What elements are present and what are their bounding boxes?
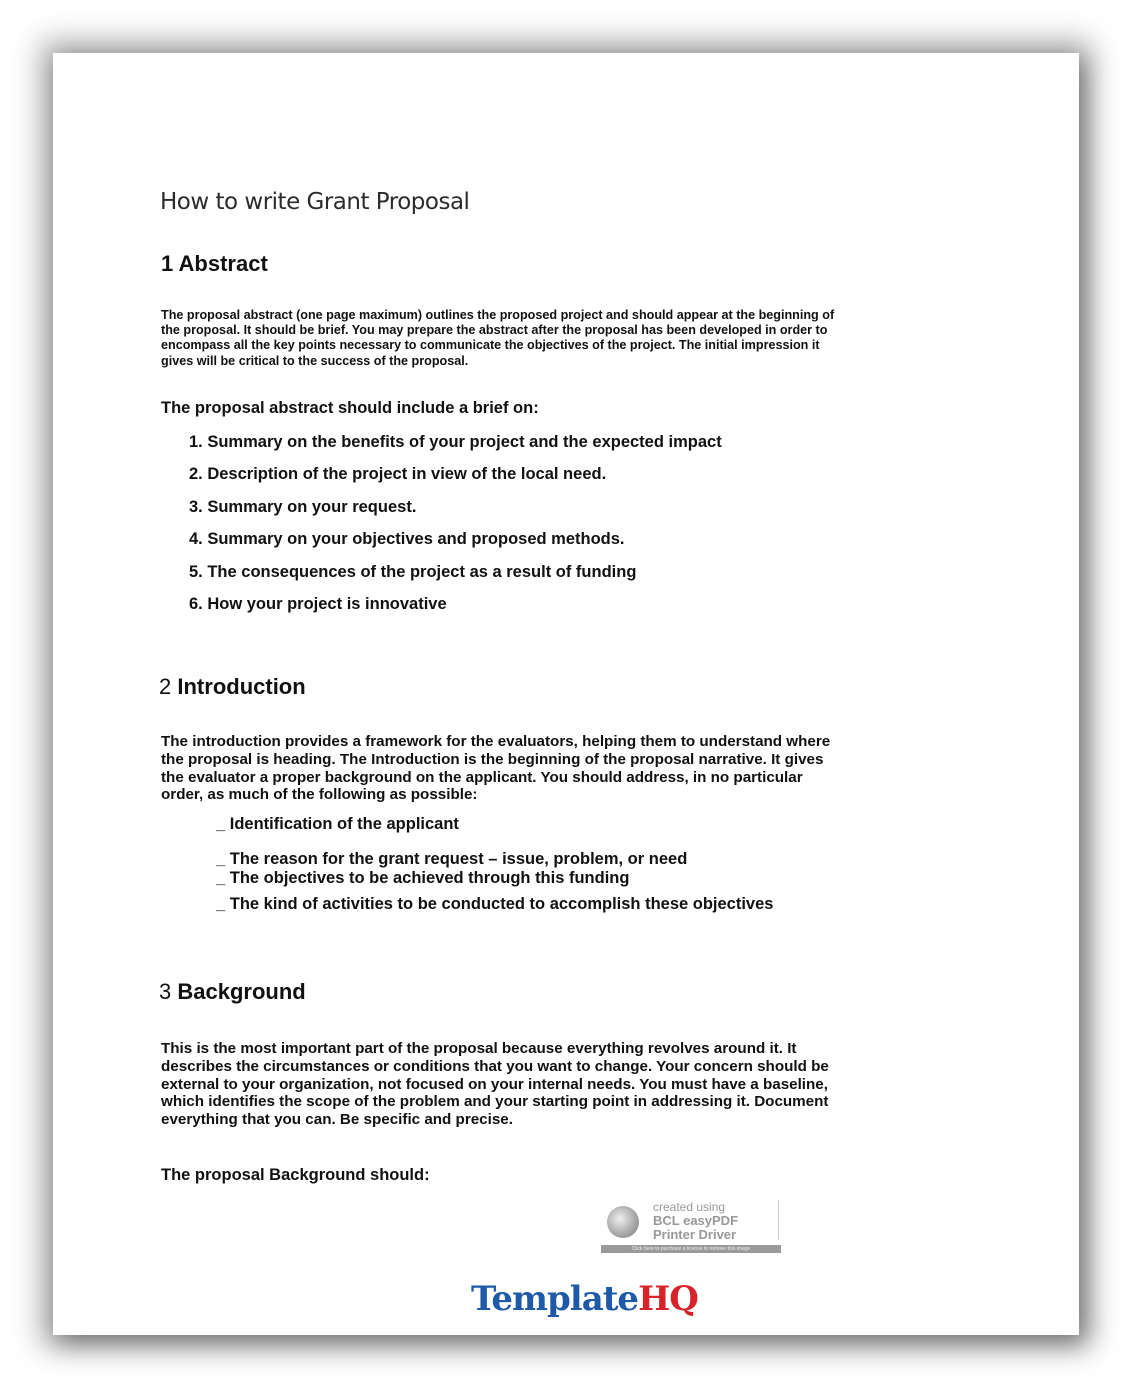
list-item: 1. Summary on the benefits of your proje…	[189, 431, 722, 463]
brand-logo: TemplateHQ	[471, 1279, 698, 1319]
abstract-paragraph: The proposal abstract (one page maximum)…	[161, 308, 841, 369]
list-item: 2. Description of the project in view of…	[189, 463, 722, 495]
introduction-paragraph: The introduction provides a framework fo…	[161, 733, 841, 804]
list-item: 6. How your project is innovative	[189, 593, 722, 625]
list-item: _ The objectives to be achieved through …	[216, 869, 629, 888]
list-item: _ The kind of activities to be conducted…	[216, 895, 773, 914]
document-title: How to write Grant Proposal	[160, 189, 469, 215]
document-page: How to write Grant Proposal 1 Abstract T…	[53, 53, 1079, 1335]
list-item: 5. The consequences of the project as a …	[189, 561, 722, 593]
list-item: _ The reason for the grant request – iss…	[216, 850, 687, 869]
watermark-link[interactable]: Click here to purchase a license to remo…	[601, 1245, 781, 1253]
abstract-list: 1. Summary on the benefits of your proje…	[189, 431, 722, 625]
list-item: 3. Summary on your request.	[189, 496, 722, 528]
list-item: 4. Summary on your objectives and propos…	[189, 528, 722, 560]
pdf-driver-watermark: created using BCL easyPDF Printer Driver…	[601, 1198, 781, 1256]
section-heading-abstract: 1 Abstract	[161, 251, 268, 277]
section-heading-background: 3 Background	[159, 979, 306, 1005]
background-lead: The proposal Background should:	[161, 1166, 430, 1185]
list-item: _ Identification of the applicant	[216, 815, 459, 834]
background-paragraph: This is the most important part of the p…	[161, 1040, 841, 1129]
abstract-lead: The proposal abstract should include a b…	[161, 399, 539, 418]
section-heading-introduction: 2 Introduction	[159, 674, 306, 700]
printer-logo-icon	[607, 1206, 639, 1238]
